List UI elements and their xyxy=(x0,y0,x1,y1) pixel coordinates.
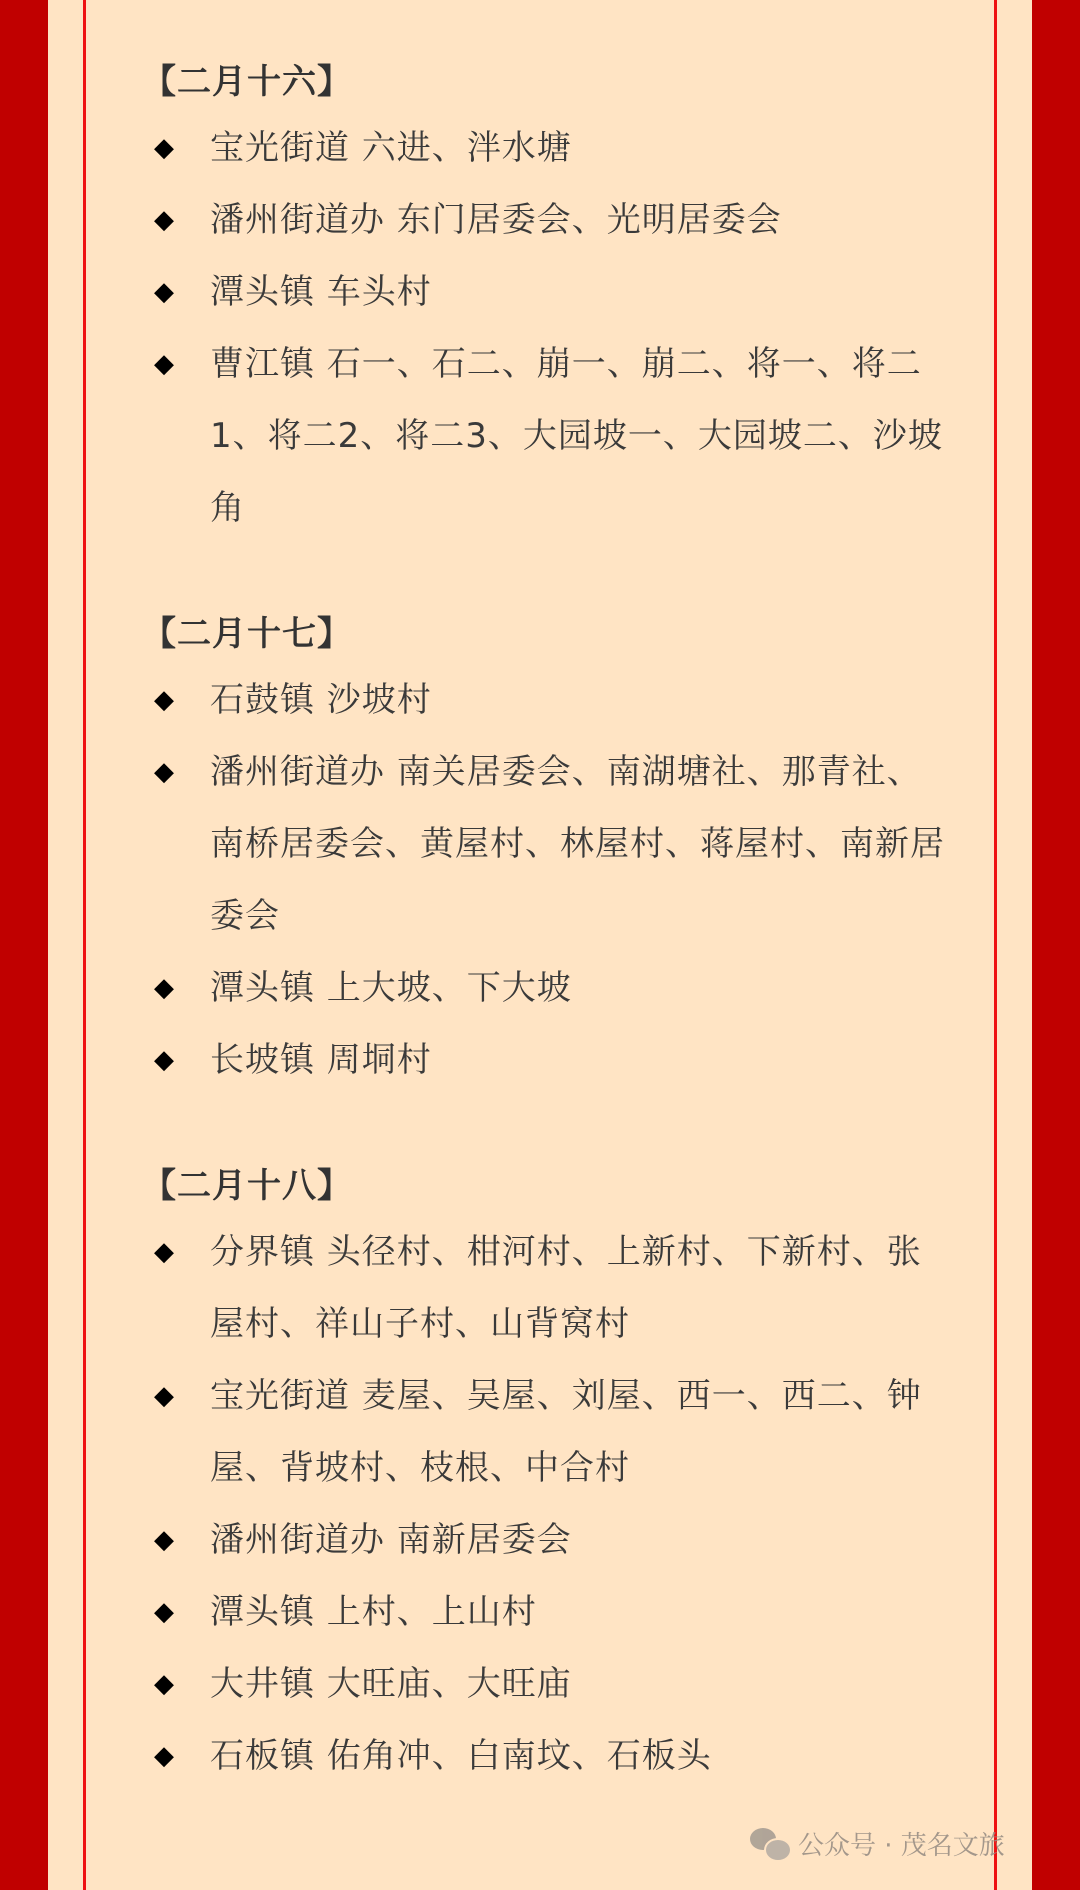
diamond-bullet-icon: ◆ xyxy=(154,1216,174,1288)
date-heading: 【二月十七】 xyxy=(142,604,950,664)
date-heading: 【二月十八】 xyxy=(142,1156,950,1216)
diamond-bullet-icon: ◆ xyxy=(154,256,174,328)
diamond-bullet-icon: ◆ xyxy=(154,328,174,400)
date-heading: 【二月十六】 xyxy=(142,52,950,112)
list-item: ◆潘州街道办 南新居委会 xyxy=(150,1504,950,1576)
list-item: ◆潘州街道办 东门居委会、光明居委会 xyxy=(150,184,950,256)
diamond-bullet-icon: ◆ xyxy=(154,1360,174,1432)
list-item: ◆石板镇 佑角冲、白南坟、石板头 xyxy=(150,1720,950,1792)
date-section: 【二月十七】 ◆石鼓镇 沙坡村 ◆潘州街道办 南关居委会、南湖塘社、那青社、南桥… xyxy=(150,604,950,1096)
watermark: 公众号 · 茂名文旅 xyxy=(750,1825,1005,1862)
diamond-bullet-icon: ◆ xyxy=(154,664,174,736)
date-section: 【二月十八】 ◆分界镇 头径村、柑河村、上新村、下新村、张屋村、祥山子村、山背窝… xyxy=(150,1156,950,1792)
left-red-rule xyxy=(83,0,86,1890)
diamond-bullet-icon: ◆ xyxy=(154,1504,174,1576)
list-item: ◆潭头镇 上大坡、下大坡 xyxy=(150,952,950,1024)
left-red-border xyxy=(0,0,48,1890)
diamond-bullet-icon: ◆ xyxy=(154,1720,174,1792)
list-item: ◆石鼓镇 沙坡村 xyxy=(150,664,950,736)
diamond-bullet-icon: ◆ xyxy=(154,1648,174,1720)
diamond-bullet-icon: ◆ xyxy=(154,112,174,184)
schedule-content: 【二月十六】 ◆宝光街道 六进、泮水塘 ◆潘州街道办 东门居委会、光明居委会 ◆… xyxy=(150,52,950,1852)
list-item: ◆大井镇 大旺庙、大旺庙 xyxy=(150,1648,950,1720)
right-red-border xyxy=(1032,0,1080,1890)
diamond-bullet-icon: ◆ xyxy=(154,952,174,1024)
wechat-icon xyxy=(750,1828,790,1860)
right-red-rule xyxy=(994,0,997,1890)
list-item: ◆潭头镇 上村、上山村 xyxy=(150,1576,950,1648)
list-item: ◆曹江镇 石一、石二、崩一、崩二、将一、将二1、将二2、将二3、大园坡一、大园坡… xyxy=(150,328,950,544)
date-section: 【二月十六】 ◆宝光街道 六进、泮水塘 ◆潘州街道办 东门居委会、光明居委会 ◆… xyxy=(150,52,950,544)
list-item: ◆长坡镇 周垌村 xyxy=(150,1024,950,1096)
list-item: ◆宝光街道 麦屋、吴屋、刘屋、西一、西二、钟屋、背坡村、枝根、中合村 xyxy=(150,1360,950,1504)
diamond-bullet-icon: ◆ xyxy=(154,1576,174,1648)
diamond-bullet-icon: ◆ xyxy=(154,184,174,256)
list-item: ◆潘州街道办 南关居委会、南湖塘社、那青社、南桥居委会、黄屋村、林屋村、蒋屋村、… xyxy=(150,736,950,952)
watermark-text: 公众号 · 茂名文旅 xyxy=(798,1825,1005,1862)
list-item: ◆分界镇 头径村、柑河村、上新村、下新村、张屋村、祥山子村、山背窝村 xyxy=(150,1216,950,1360)
list-item: ◆潭头镇 车头村 xyxy=(150,256,950,328)
list-item: ◆宝光街道 六进、泮水塘 xyxy=(150,112,950,184)
diamond-bullet-icon: ◆ xyxy=(154,736,174,808)
diamond-bullet-icon: ◆ xyxy=(154,1024,174,1096)
